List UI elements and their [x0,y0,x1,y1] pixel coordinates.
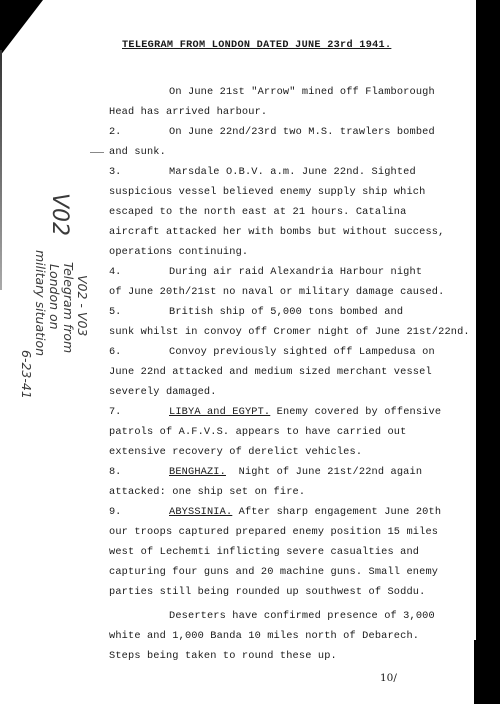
para-4-line-1: During air raid Alexandria Harbour night [169,266,422,278]
para-7-heading: LIBYA and EGYPT. [169,406,270,418]
para-9-line-5: parties still being rounded up southwest… [109,586,425,598]
para-5-line-1: British ship of 5,000 tons bombed and [169,306,403,318]
para-3-line-3: escaped to the north east at 21 hours. C… [109,206,406,218]
para-8-line-1: BENGHAZI. Night of June 21st/22nd again [169,466,422,478]
para-2-line-1: On June 22nd/23rd two M.S. trawlers bomb… [169,126,435,138]
handwritten-code: V02 [47,193,72,236]
para-9-line-1-text: After sharp engagement June 20th [232,506,441,518]
para-9-line-3: west of Lechemti inflicting severe casua… [109,546,419,558]
document-title: TELEGRAM FROM LONDON DATED JUNE 23rd 194… [122,40,391,51]
para-3-number: 3. [109,166,121,178]
scan-right-border-lower [474,640,500,704]
para-8-line-2: attacked: one ship set on fire. [109,486,305,498]
para-4-number: 4. [109,266,121,278]
para-8-number: 8. [109,466,121,478]
para-3-line-4: aircraft attacked her with bombs but wit… [109,226,444,238]
para-2-line-2: and sunk. [109,146,166,158]
para-7-line-3: extensive recovery of derelict vehicles. [109,446,362,458]
para-10-line-3: Steps being taken to round these up. [109,650,337,662]
para-10-line-1: Deserters have confirmed presence of 3,0… [169,610,435,622]
para-4-line-2: of June 20th/21st no naval or military d… [109,286,444,298]
para-3-line-1: Marsdale O.B.V. a.m. June 22nd. Sighted [169,166,416,178]
para-6-line-3: severely damaged. [109,386,217,398]
para-6-line-1: Convoy previously sighted off Lampedusa … [169,346,435,358]
handwritten-note-line-4: military situation [33,250,48,356]
handwritten-note-line-3: London on [47,264,62,330]
scan-right-border [476,0,500,704]
para-9-line-4: capturing four guns and 20 machine guns.… [109,566,438,578]
para-7-line-1-text: Enemy covered by offensive [270,406,441,418]
para-9-heading: ABYSSINIA. [169,506,232,518]
margin-pencil-mark [90,152,104,153]
para-7-line-2: patrols of A.F.V.S. appears to have carr… [109,426,406,438]
para-2-number: 2. [109,126,121,138]
page-number: 10/ [380,672,397,684]
handwritten-note-line-5: 6-23-41 [19,350,34,399]
handwritten-note-line-2: Telegram from [61,262,76,353]
para-7-number: 7. [109,406,121,418]
para-3-line-5: operations continuing. [109,246,248,258]
para-6-line-2: June 22nd attacked and medium sized merc… [109,366,432,378]
para-1-line-1: On June 21st "Arrow" mined off Flamborou… [169,86,435,98]
para-9-line-2: our troops captured prepared enemy posit… [109,526,438,538]
para-1-line-2: Head has arrived harbour. [109,106,267,118]
para-8-line-1-text: Night of June 21st/22nd again [226,466,422,478]
para-5-line-2: sunk whilst in convoy off Cromer night o… [109,326,470,338]
para-8-heading: BENGHAZI. [169,466,226,478]
para-10-line-2: white and 1,000 Banda 10 miles north of … [109,630,419,642]
para-6-number: 6. [109,346,121,358]
para-5-number: 5. [109,306,121,318]
para-7-line-1: LIBYA and EGYPT. Enemy covered by offens… [169,406,441,418]
para-9-number: 9. [109,506,121,518]
handwritten-note-line-1: V02 - V03 [75,275,90,336]
para-9-line-1: ABYSSINIA. After sharp engagement June 2… [169,506,441,518]
telegram-page: TELEGRAM FROM LONDON DATED JUNE 23rd 194… [0,0,476,704]
para-3-line-2: suspicious vessel believed enemy supply … [109,186,425,198]
